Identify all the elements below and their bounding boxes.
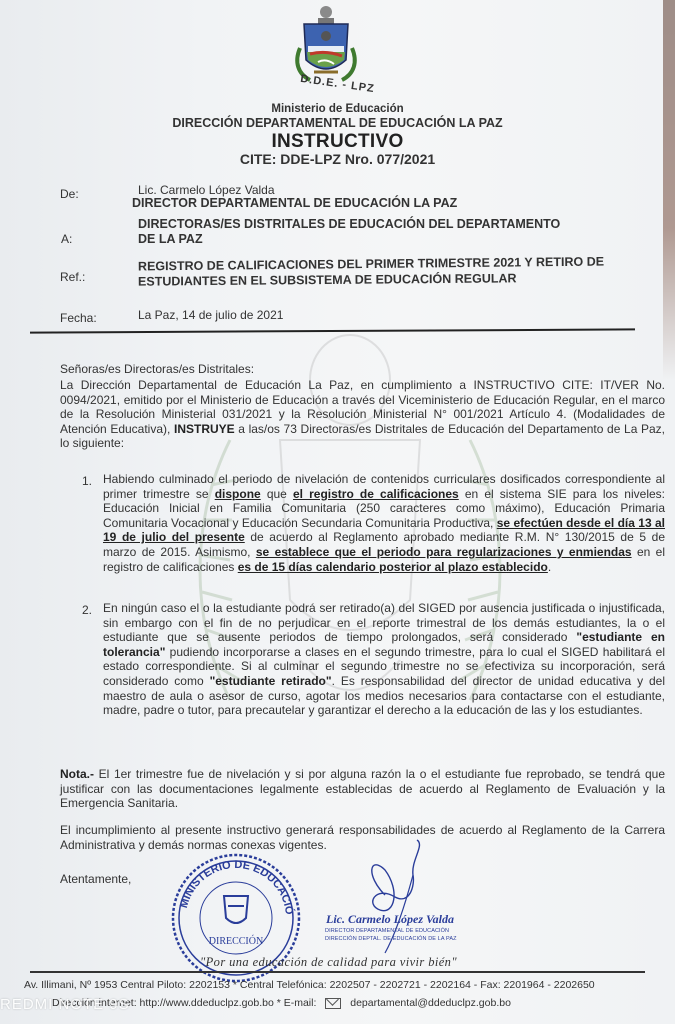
note-paragraph: Nota.- El 1er trimestre fue de nivelació… — [60, 767, 665, 811]
ref-label: Ref.: — [60, 270, 85, 284]
item-1-number: 1. — [82, 474, 92, 488]
signatory-title-1: DIRECTOR DEPARTAMENTAL DE EDUCACIÓN — [325, 928, 449, 934]
item-2-number: 2. — [82, 603, 92, 617]
item-1-text: Habiendo culminado el periodo de nivelac… — [103, 472, 665, 574]
direction-name: DIRECCIÓN DEPARTAMENTAL DE EDUCACIÓN LA … — [0, 116, 675, 130]
footer-email: departamental@ddeduclpz.gob.bo — [350, 997, 511, 1009]
desk-edge — [663, 0, 675, 380]
intro-paragraph: La Dirección Departamental de Educación … — [60, 378, 665, 451]
footer-address: Av. Illimani, Nº 1953 Central Piloto: 22… — [24, 979, 595, 991]
signatory-title-2: DIRECCIÓN DEPTAL. DE EDUCACIÓN DE LA PAZ — [325, 936, 457, 942]
footer-divider — [30, 971, 645, 973]
from-title: DIRECTOR DEPARTAMENTAL DE EDUCACIÓN LA P… — [132, 196, 457, 210]
to-label: A: — [61, 232, 72, 246]
signatory-name: Lic. Carmelo López Valda — [326, 912, 454, 927]
document-cite: CITE: DDE-LPZ Nro. 077/2021 — [0, 151, 675, 167]
to-line-2: DE LA PAZ — [138, 232, 203, 246]
salutation: Señoras/es Directoras/es Distritales: — [60, 362, 254, 377]
to-line-1: DIRECTORAS/ES DISTRITALES DE EDUCACIÓN D… — [138, 217, 560, 231]
header-divider — [30, 328, 635, 333]
instruye-keyword: INSTRUYE — [174, 422, 235, 436]
date-value: La Paz, 14 de julio de 2021 — [138, 308, 283, 322]
ref-line-2: ESTUDIANTES EN EL SUBSISTEMA DE EDUCACIÓ… — [138, 271, 517, 288]
note-label: Nota.- — [60, 767, 94, 781]
closing: Atentamente, — [60, 872, 131, 887]
footer-motto: "Por una educación de calidad para vivir… — [200, 955, 457, 970]
from-label: De: — [60, 187, 79, 201]
from-name: Lic. Carmelo López Valda — [138, 183, 275, 197]
svg-text:DIRECCIÓN: DIRECCIÓN — [209, 935, 263, 947]
ref-line-1: REGISTRO DE CALIFICACIONES DEL PRIMER TR… — [138, 255, 604, 274]
document-title: INSTRUCTIVO — [0, 131, 675, 153]
ministry-name: Ministerio de Educación — [0, 103, 675, 115]
item-2-text: En ningún caso el o la estudiante podrá … — [103, 601, 665, 718]
camera-watermark: REDMI NOTE 9S — [0, 996, 130, 1013]
envelope-icon — [325, 998, 341, 1009]
date-label: Fecha: — [60, 311, 97, 325]
